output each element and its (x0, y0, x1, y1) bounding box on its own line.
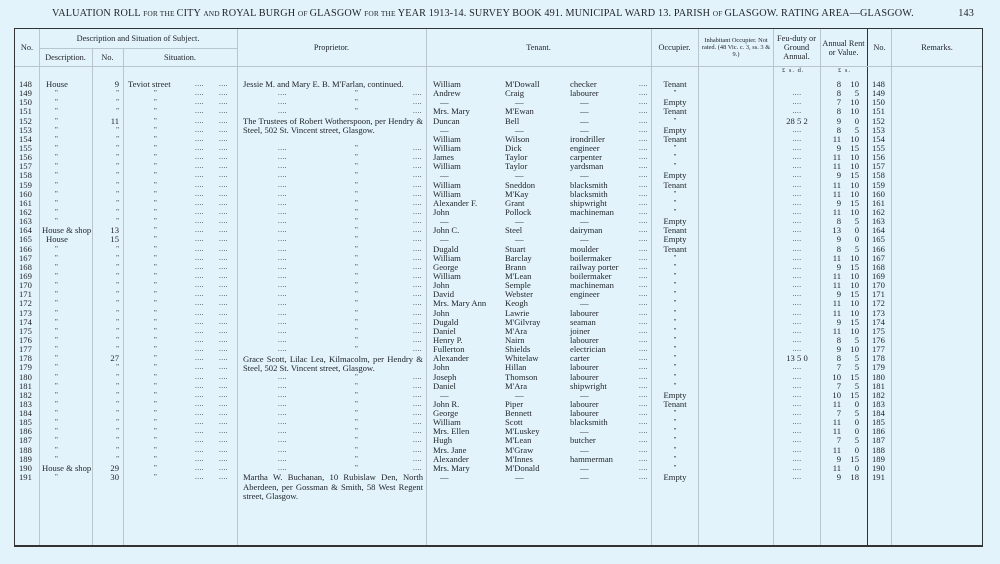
situation: " (154, 318, 157, 327)
dots-filler: .... (413, 181, 422, 190)
dots-filler: .... (413, 427, 422, 436)
occupier-status: " (652, 272, 698, 281)
dots-filler: .... (219, 263, 228, 272)
dots-filler: .... (219, 272, 228, 281)
dots-filler: .... (195, 135, 204, 144)
ditto-mark: " (355, 373, 358, 382)
proprietor-entry: Jessie M. and Mary E. B. M'Farlan, conti… (243, 80, 423, 89)
dots-filler: .... (639, 336, 648, 345)
situation: " (154, 290, 157, 299)
situation: " (154, 235, 157, 244)
dots-filler: .... (195, 235, 204, 244)
feu-duty: .... (775, 226, 819, 235)
dots-filler: .... (278, 153, 287, 162)
description: " (55, 144, 58, 153)
description: " (55, 318, 58, 327)
dots-filler: .... (639, 135, 648, 144)
dots-filler: .... (639, 254, 648, 263)
dots-filler: .... (195, 245, 204, 254)
dots-filler: .... (278, 190, 287, 199)
description: " (55, 135, 58, 144)
dots-filler: .... (278, 263, 287, 272)
feu-duty: .... (775, 181, 819, 190)
situation: " (154, 171, 157, 180)
situation: " (154, 464, 157, 473)
dots-filler: .... (195, 272, 204, 281)
title-part: YEAR 1913-14. SURVEY BOOK 491. MUNICIPAL… (398, 8, 713, 19)
situation: " (154, 373, 157, 382)
dots-filler: .... (278, 418, 287, 427)
dots-filler: .... (639, 171, 648, 180)
dots-filler: .... (413, 208, 422, 217)
dots-filler: .... (195, 153, 204, 162)
street-number: " (93, 272, 119, 281)
street-number: " (93, 327, 119, 336)
dots-filler: .... (219, 455, 228, 464)
dots-filler: .... (278, 345, 287, 354)
dots-filler: .... (195, 327, 204, 336)
dots-filler: .... (639, 98, 648, 107)
dots-filler: .... (278, 245, 287, 254)
proprietor-entry: Martha W. Buchanan, 10 Rubislaw Den, Nor… (243, 473, 423, 500)
occupier-status: Tenant (652, 245, 698, 254)
dots-filler: .... (195, 171, 204, 180)
dots-filler: .... (278, 391, 287, 400)
description: " (55, 208, 58, 217)
situation: " (154, 327, 157, 336)
street-number: " (93, 290, 119, 299)
dots-filler: .... (195, 309, 204, 318)
dots-filler: .... (639, 126, 648, 135)
header-tenant: Tenant. (426, 29, 651, 66)
dots-filler: .... (639, 373, 648, 382)
dots-filler: .... (413, 336, 422, 345)
dots-filler: .... (413, 98, 422, 107)
street-number: " (93, 153, 119, 162)
feu-duty: .... (775, 299, 819, 308)
ditto-mark: " (355, 254, 358, 263)
ditto-mark: " (355, 281, 358, 290)
description: " (55, 409, 58, 418)
tenant-first-name: — (440, 473, 449, 482)
description: " (55, 171, 58, 180)
feu-duty: .... (775, 318, 819, 327)
street-number: " (93, 135, 119, 144)
row-number: 191 (19, 473, 32, 482)
dots-filler: .... (413, 235, 422, 244)
title-part: OF (298, 9, 310, 18)
dots-filler: .... (195, 80, 204, 89)
situation: " (154, 217, 157, 226)
rent-units-label: £ s. (838, 67, 851, 74)
feu-duty: .... (775, 436, 819, 445)
title-part: OF (713, 9, 725, 18)
dots-filler: .... (195, 400, 204, 409)
description: " (55, 281, 58, 290)
occupier-status: " (652, 263, 698, 272)
dots-filler: .... (639, 446, 648, 455)
dots-filler: .... (278, 144, 287, 153)
description: " (55, 436, 58, 445)
situation: " (154, 144, 157, 153)
dots-filler: .... (278, 226, 287, 235)
street-number: " (93, 446, 119, 455)
dots-filler: .... (195, 354, 204, 363)
description: House (46, 80, 68, 89)
situation: " (154, 181, 157, 190)
rent-pounds: 9 (821, 473, 841, 482)
dots-filler: .... (413, 455, 422, 464)
street-number: 11 (93, 117, 119, 126)
ditto-mark: " (355, 190, 358, 199)
occupier-status: " (652, 299, 698, 308)
description: " (55, 272, 58, 281)
tenant-occupation: machineman (570, 208, 614, 217)
dots-filler: .... (195, 281, 204, 290)
dots-filler: .... (413, 409, 422, 418)
dots-filler: .... (639, 80, 648, 89)
dots-filler: .... (219, 107, 228, 116)
occupier-status: " (652, 290, 698, 299)
street-number: " (93, 336, 119, 345)
occupier-status: Empty (652, 473, 698, 482)
street-number: " (93, 98, 119, 107)
description: " (55, 126, 58, 135)
header-description: Description. (39, 48, 92, 66)
occupier-status: " (652, 327, 698, 336)
street-number: " (93, 318, 119, 327)
tenant-surname: — (515, 473, 524, 482)
dots-filler: .... (639, 153, 648, 162)
description: " (55, 345, 58, 354)
feu-duty: .... (775, 290, 819, 299)
feu-duty: .... (775, 98, 819, 107)
dots-filler: .... (413, 281, 422, 290)
description: " (55, 98, 58, 107)
street-number: 9 (93, 80, 119, 89)
dots-filler: .... (219, 98, 228, 107)
tenant-first-name: Mrs. Mary (433, 464, 470, 473)
situation: " (154, 135, 157, 144)
occupier-status: Tenant (652, 135, 698, 144)
situation: " (154, 281, 157, 290)
dots-filler: .... (639, 327, 648, 336)
dots-filler: .... (639, 427, 648, 436)
ditto-mark: " (355, 446, 358, 455)
street-number: " (93, 363, 119, 372)
dots-filler: .... (219, 464, 228, 473)
dots-filler: .... (413, 263, 422, 272)
street-number: " (93, 254, 119, 263)
situation: " (154, 427, 157, 436)
dots-filler: .... (639, 354, 648, 363)
feu-duty: .... (775, 400, 819, 409)
dots-filler: .... (639, 391, 648, 400)
feu-duty: .... (775, 446, 819, 455)
occupier-status: " (652, 281, 698, 290)
feu-duty: .... (775, 126, 819, 135)
description: " (55, 446, 58, 455)
occupier-status: " (652, 418, 698, 427)
dots-filler: .... (219, 336, 228, 345)
street-number: " (93, 126, 119, 135)
dots-filler: .... (278, 290, 287, 299)
dots-filler: .... (639, 217, 648, 226)
street-number: " (93, 427, 119, 436)
page-title: VALUATION ROLL FOR THE CITY AND ROYAL BU… (52, 8, 914, 19)
dots-filler: .... (413, 391, 422, 400)
situation: " (154, 418, 157, 427)
dots-filler: .... (278, 299, 287, 308)
feu-duty: .... (775, 190, 819, 199)
occupier-status: Tenant (652, 400, 698, 409)
dots-filler: .... (195, 436, 204, 445)
feu-duty: .... (775, 254, 819, 263)
dots-filler: .... (413, 144, 422, 153)
dots-filler: .... (639, 235, 648, 244)
occupier-status: " (652, 153, 698, 162)
situation: " (154, 126, 157, 135)
ditto-mark: " (355, 199, 358, 208)
dots-filler: .... (413, 217, 422, 226)
title-part: GLASGOW. RATING AREA—GLASGOW. (725, 8, 914, 19)
dots-filler: .... (639, 318, 648, 327)
feu-duty: .... (775, 382, 819, 391)
dots-filler: .... (219, 391, 228, 400)
description: " (55, 354, 58, 363)
occupier-status: " (652, 446, 698, 455)
dots-filler: .... (195, 427, 204, 436)
situation: " (154, 245, 157, 254)
dots-filler: .... (195, 226, 204, 235)
dots-filler: .... (195, 126, 204, 135)
ditto-mark: " (355, 272, 358, 281)
feu-duty: .... (775, 473, 819, 482)
description: " (55, 190, 58, 199)
street-number: " (93, 436, 119, 445)
description: " (55, 309, 58, 318)
dots-filler: .... (219, 190, 228, 199)
title-part: FOR THE (364, 9, 398, 18)
dots-filler: .... (195, 117, 204, 126)
header-situation: Situation. (123, 48, 237, 66)
street-number: " (93, 89, 119, 98)
feu-duty: .... (775, 162, 819, 171)
situation: " (154, 153, 157, 162)
header-description-group: Description and Situation of Subject. (39, 29, 237, 48)
header-inhabitant-occupier: Inhabitant Occupier. Not rated. (48 Vic.… (701, 29, 771, 66)
street-number: " (93, 281, 119, 290)
dots-filler: .... (639, 272, 648, 281)
table-body: 148House9Teviot street........WilliamM'D… (15, 80, 982, 482)
dots-filler: .... (219, 400, 228, 409)
feu-duty: .... (775, 153, 819, 162)
dots-filler: .... (278, 427, 287, 436)
dots-filler: .... (413, 162, 422, 171)
dots-filler: .... (219, 226, 228, 235)
dots-filler: .... (219, 373, 228, 382)
header-no: No. (15, 29, 39, 66)
dots-filler: .... (639, 363, 648, 372)
dots-filler: .... (278, 272, 287, 281)
page-number: 143 (958, 8, 974, 19)
description: " (55, 327, 58, 336)
dots-filler: .... (219, 309, 228, 318)
feu-duty: .... (775, 135, 819, 144)
title-part: VALUATION ROLL (52, 8, 143, 19)
dots-filler: .... (195, 336, 204, 345)
ditto-mark: " (355, 245, 358, 254)
dots-filler: .... (413, 318, 422, 327)
occupier-status: Tenant (652, 181, 698, 190)
ditto-mark: " (355, 208, 358, 217)
dots-filler: .... (219, 126, 228, 135)
street-number: " (93, 418, 119, 427)
proprietor-entry: The Trustees of Robert Wotherspoon, per … (243, 117, 423, 135)
feu-duty: .... (775, 327, 819, 336)
dots-filler: .... (278, 309, 287, 318)
feu-duty: .... (775, 144, 819, 153)
dots-filler: .... (219, 382, 228, 391)
dots-filler: .... (195, 199, 204, 208)
occupier-status: " (652, 199, 698, 208)
description: " (55, 418, 58, 427)
dots-filler: .... (195, 299, 204, 308)
street-number: " (93, 309, 119, 318)
dots-filler: .... (278, 181, 287, 190)
dots-filler: .... (219, 89, 228, 98)
feu-duty: .... (775, 418, 819, 427)
situation: " (154, 190, 157, 199)
situation: " (154, 354, 157, 363)
dots-filler: .... (639, 199, 648, 208)
dots-filler: .... (413, 254, 422, 263)
feu-duty: .... (775, 89, 819, 98)
dots-filler: .... (219, 436, 228, 445)
description: " (55, 299, 58, 308)
dots-filler: .... (195, 144, 204, 153)
street-number: " (93, 409, 119, 418)
dots-filler: .... (278, 409, 287, 418)
occupier-status: " (652, 373, 698, 382)
situation: " (154, 254, 157, 263)
description: " (55, 245, 58, 254)
ditto-mark: " (355, 235, 358, 244)
dots-filler: .... (413, 199, 422, 208)
dots-filler: .... (219, 354, 228, 363)
row-number-right: 191 (872, 473, 885, 482)
description: " (55, 162, 58, 171)
dots-filler: .... (195, 473, 204, 482)
ditto-mark: " (355, 171, 358, 180)
ditto-mark: " (355, 299, 358, 308)
header-no-right: No. (868, 29, 891, 66)
street-number: " (93, 299, 119, 308)
occupier-status: " (652, 336, 698, 345)
title-part: ROYAL BURGH (222, 8, 298, 19)
feu-duty: .... (775, 235, 819, 244)
dots-filler: .... (195, 345, 204, 354)
occupier-status: " (652, 427, 698, 436)
occupier-status: " (652, 190, 698, 199)
situation: " (154, 272, 157, 281)
feu-duty: .... (775, 199, 819, 208)
dots-filler: .... (219, 235, 228, 244)
dots-filler: .... (413, 245, 422, 254)
situation: " (154, 400, 157, 409)
situation: " (154, 208, 157, 217)
ditto-mark: " (355, 162, 358, 171)
dots-filler: .... (639, 144, 648, 153)
dots-filler: .... (413, 436, 422, 445)
street-number: " (93, 171, 119, 180)
dots-filler: .... (639, 89, 648, 98)
dots-filler: .... (195, 190, 204, 199)
dots-filler: .... (639, 107, 648, 116)
situation: " (154, 226, 157, 235)
feu-duty: .... (775, 309, 819, 318)
street-number: " (93, 162, 119, 171)
dots-filler: .... (219, 281, 228, 290)
dots-filler: .... (413, 171, 422, 180)
ditto-mark: " (355, 455, 358, 464)
dots-filler: .... (219, 144, 228, 153)
rent-shillings: 18 (843, 473, 859, 482)
dots-filler: .... (639, 281, 648, 290)
dots-filler: .... (413, 290, 422, 299)
dots-filler: .... (413, 89, 422, 98)
dots-filler: .... (639, 382, 648, 391)
situation: " (154, 345, 157, 354)
description: " (55, 181, 58, 190)
feu-duty: 13 5 0 (775, 354, 819, 363)
dots-filler: .... (278, 199, 287, 208)
ditto-mark: " (355, 409, 358, 418)
dots-filler: .... (219, 299, 228, 308)
dots-filler: .... (278, 98, 287, 107)
ditto-mark: " (355, 181, 358, 190)
dots-filler: .... (639, 409, 648, 418)
dots-filler: .... (278, 162, 287, 171)
situation: " (154, 363, 157, 372)
feu-duty: .... (775, 171, 819, 180)
feu-duty: .... (775, 263, 819, 272)
dots-filler: .... (195, 98, 204, 107)
dots-filler: .... (639, 290, 648, 299)
description: " (55, 363, 58, 372)
valuation-table: No. Description and Situation of Subject… (14, 28, 983, 547)
dots-filler: .... (278, 254, 287, 263)
description: House & shop (42, 464, 91, 473)
feu-duty: .... (775, 208, 819, 217)
dots-filler: .... (639, 418, 648, 427)
street-number: " (93, 190, 119, 199)
dots-filler: .... (413, 226, 422, 235)
page-header: VALUATION ROLL FOR THE CITY AND ROYAL BU… (52, 8, 972, 19)
street-number: 27 (93, 354, 119, 363)
occupier-status: " (652, 254, 698, 263)
dots-filler: .... (195, 455, 204, 464)
dots-filler: .... (219, 418, 228, 427)
ditto-mark: " (355, 391, 358, 400)
dots-filler: .... (639, 190, 648, 199)
description: " (55, 373, 58, 382)
dots-filler: .... (278, 446, 287, 455)
dots-filler: .... (639, 245, 648, 254)
dots-filler: .... (195, 382, 204, 391)
tenant-occupation: hammerman (570, 455, 613, 464)
ditto-mark: " (355, 400, 358, 409)
